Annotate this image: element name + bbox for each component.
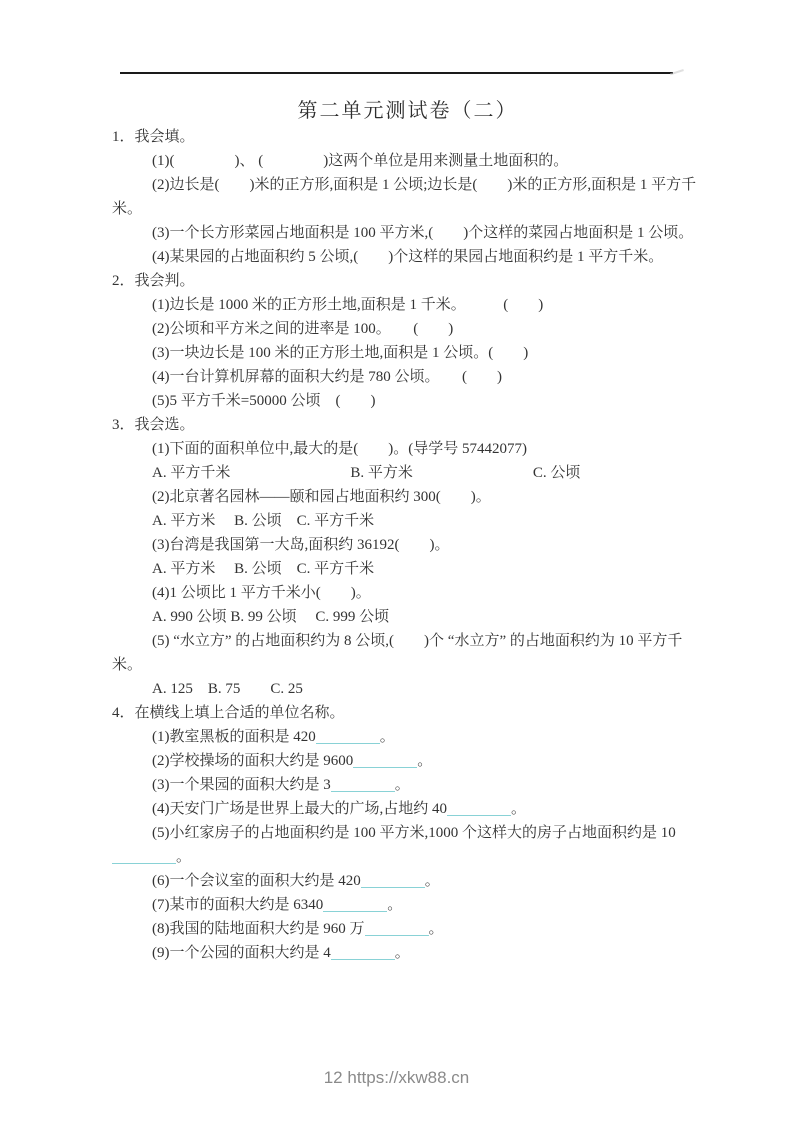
question-item: (1)下面的面积单位中,最大的是( )。(导学号 57442077) <box>112 437 703 461</box>
fill-blank-underline <box>447 801 511 816</box>
question-item: (2)公顷和平方米之间的进率是 100。 ( ) <box>112 317 703 341</box>
section-heading: 2．我会判。 <box>112 269 703 293</box>
question-item: (5)5 平方千米=50000 公顷 ( ) <box>112 389 703 413</box>
question-item: (9)一个公园的面积大约是 4。 <box>112 941 703 965</box>
scan-smudge-artifact <box>670 69 686 82</box>
question-item: (4)天安门广场是世界上最大的广场,占地约 40。 <box>112 797 703 821</box>
question-item: (3)一块边长是 100 米的正方形土地,面积是 1 公顷。( ) <box>112 341 703 365</box>
fill-blank-underline <box>112 849 176 864</box>
fill-blank-underline <box>353 753 417 768</box>
question-item: (3)台湾是我国第一大岛,面积约 36192( )。 <box>112 533 703 557</box>
footer-page-number: 12 <box>324 1068 343 1087</box>
fill-blank-underline <box>365 921 429 936</box>
question-item: (3)一个长方形菜园占地面积是 100 平方米,( )个这样的菜园占地面积是 1… <box>112 221 703 245</box>
fill-blank-underline <box>331 777 395 792</box>
question-item: A. 平方米 B. 公顷 C. 平方千米 <box>112 557 703 581</box>
section-heading: 3．我会选。 <box>112 413 703 437</box>
question-item: (2)边长是( )米的正方形,面积是 1 公顷;边长是( )米的正方形,面积是 … <box>112 173 703 221</box>
question-item: (4)一台计算机屏幕的面积大约是 780 公顷。 ( ) <box>112 365 703 389</box>
fill-blank-underline <box>361 873 425 888</box>
document-page: 第二单元测试卷（二） 1．我会填。(1)( )、 ( )这两个单位是用来测量土地… <box>0 0 793 1122</box>
question-item: (1)边长是 1000 米的正方形土地,面积是 1 千米。 ( ) <box>112 293 703 317</box>
section-heading: 1．我会填。 <box>112 125 703 149</box>
question-item: A. 125 B. 75 C. 25 <box>112 677 703 701</box>
question-item: (2)学校操场的面积大约是 9600。 <box>112 749 703 773</box>
question-item: (4)1 公顷比 1 平方千米小( )。 <box>112 581 703 605</box>
question-item: (4)某果园的占地面积约 5 公顷,( )个这样的果园占地面积约是 1 平方千米… <box>112 245 703 269</box>
question-item: (2)北京著名园林——颐和园占地面积约 300( )。 <box>112 485 703 509</box>
question-item: (8)我国的陆地面积大约是 960 万。 <box>112 917 703 941</box>
fill-blank-underline <box>323 897 387 912</box>
question-item: (7)某市的面积大约是 6340。 <box>112 893 703 917</box>
question-sections: 1．我会填。(1)( )、 ( )这两个单位是用来测量土地面积的。(2)边长是(… <box>112 125 703 965</box>
section-heading: 4．在横线上填上合适的单位名称。 <box>112 701 703 725</box>
header-divider-line <box>120 72 673 74</box>
page-title: 第二单元测试卷（二） <box>112 98 703 125</box>
footer-url: https://xkw88.cn <box>347 1068 469 1087</box>
question-item: (1)教室黑板的面积是 420。 <box>112 725 703 749</box>
question-item: A. 990 公顷 B. 99 公顷 C. 999 公顷 <box>112 605 703 629</box>
question-item: (3)一个果园的面积大约是 3。 <box>112 773 703 797</box>
fill-blank-underline <box>331 945 395 960</box>
question-item: (6)一个会议室的面积大约是 420。 <box>112 869 703 893</box>
question-item: (5) “水立方” 的占地面积约为 8 公顷,( )个 “水立方” 的占地面积约… <box>112 629 703 677</box>
question-item: A. 平方米 B. 公顷 C. 平方千米 <box>112 509 703 533</box>
document-body: 第二单元测试卷（二） 1．我会填。(1)( )、 ( )这两个单位是用来测量土地… <box>112 98 703 965</box>
question-item: (5)小红家房子的占地面积约是 100 平方米,1000 个这样大的房子占地面积… <box>112 821 703 869</box>
page-footer: 12 https://xkw88.cn <box>0 1068 793 1088</box>
question-item: A. 平方千米 B. 平方米 C. 公顷 <box>112 461 703 485</box>
fill-blank-underline <box>316 729 380 744</box>
question-item: (1)( )、 ( )这两个单位是用来测量土地面积的。 <box>112 149 703 173</box>
